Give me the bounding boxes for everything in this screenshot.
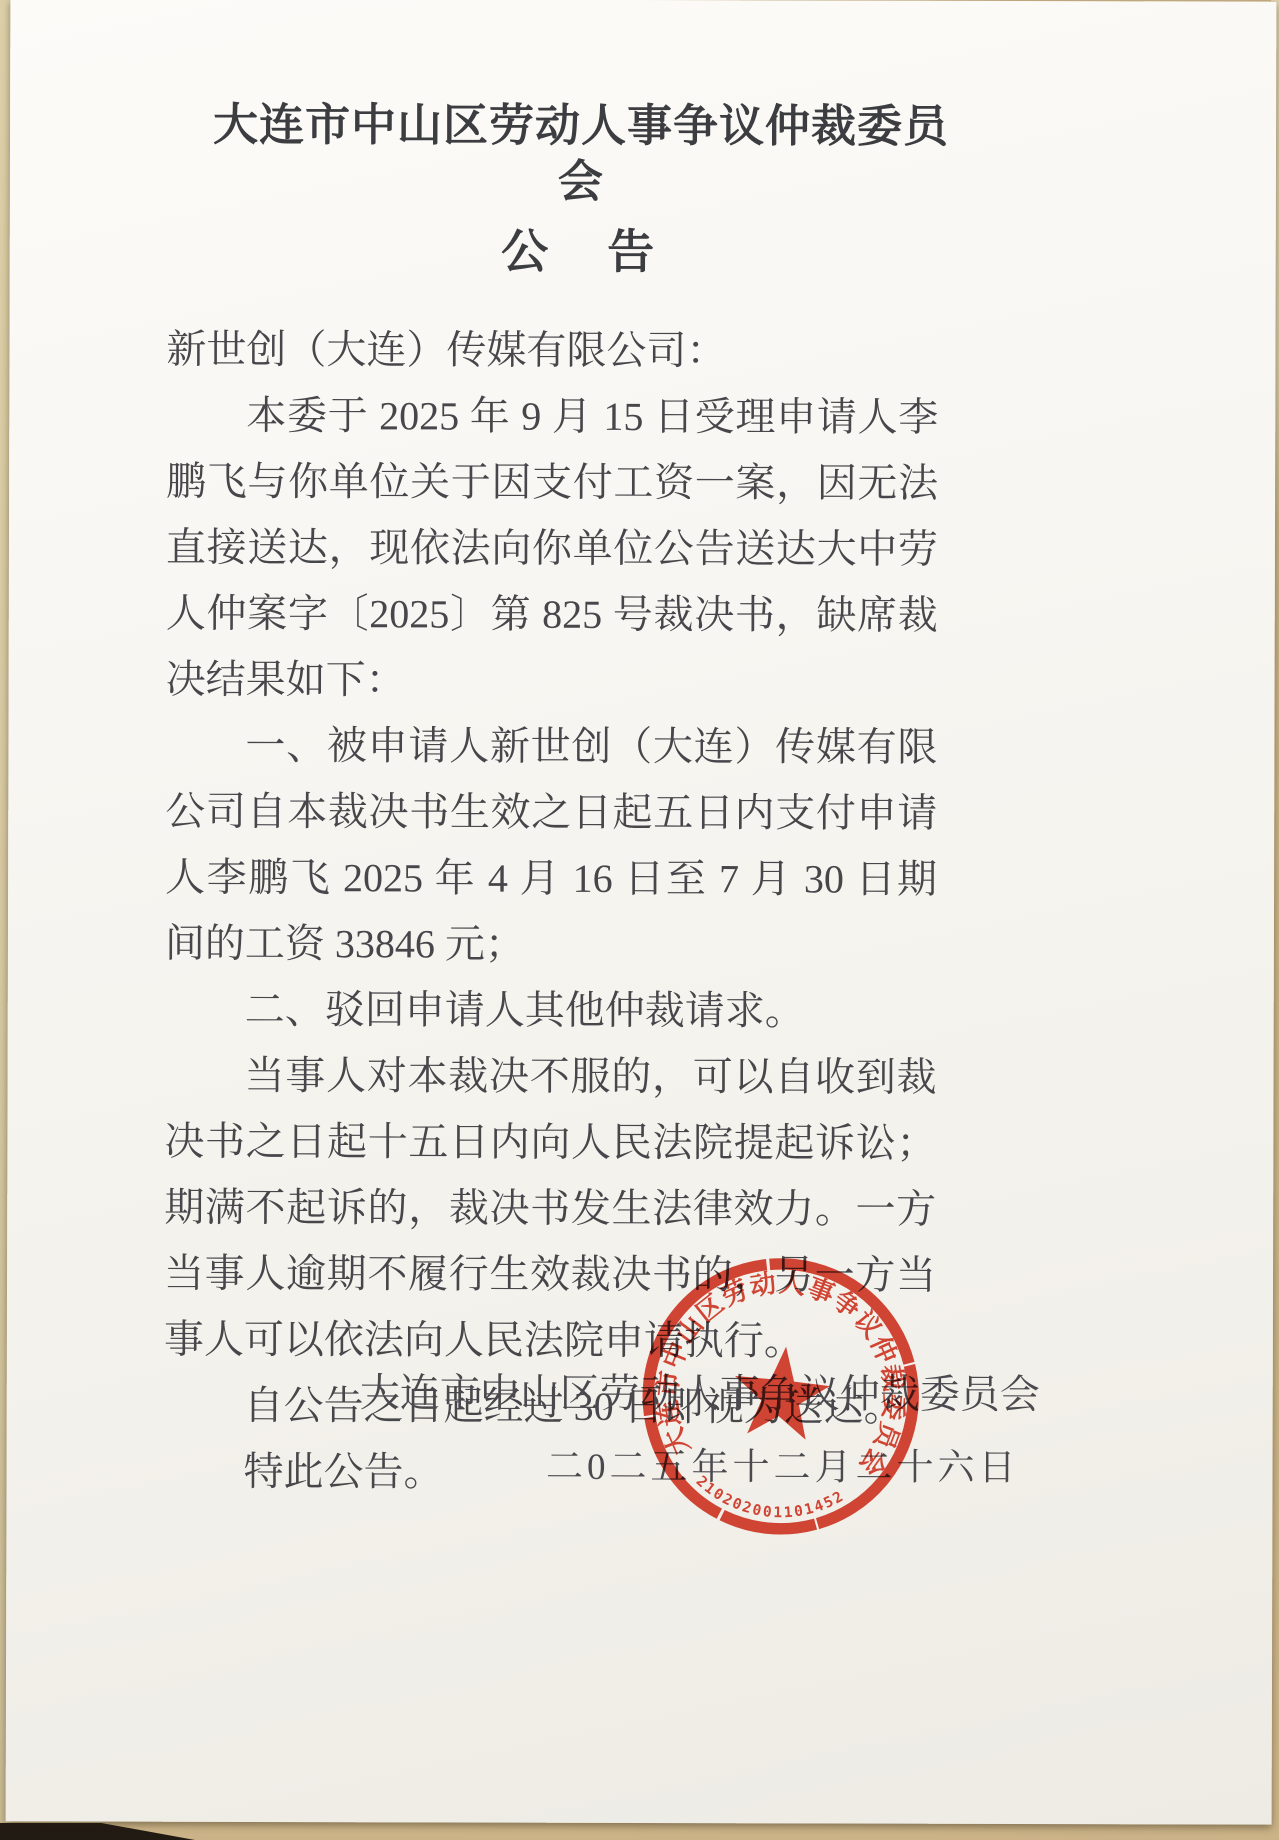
official-seal-graphic: 大连市中山区劳动人事争议仲裁委员会 210202001101452: [620, 1236, 942, 1558]
document-title: 大连市中山区劳动人事争议仲裁委员会: [195, 97, 967, 211]
seal-star-icon: [729, 1341, 833, 1441]
document-subtitle: 公 告: [195, 225, 967, 279]
document-header: 大连市中山区劳动人事争议仲裁委员会 公 告: [195, 97, 967, 279]
ruling-item-1: 一、被申请人新世创（大连）传媒有限公司自本裁决书生效之日起五日内支付申请人李鹏飞…: [165, 713, 938, 979]
paper: 大连市中山区劳动人事争议仲裁委员会 公 告 新世创（大连）传媒有限公司： 本委于…: [6, 0, 1277, 1825]
ruling-item-2: 二、驳回申请人其他仲裁请求。: [165, 977, 937, 1045]
paragraph-intro: 本委于 2025 年 9 月 15 日受理申请人李鹏飞与你单位关于因支付工资一案…: [166, 383, 939, 715]
official-seal: 大连市中山区劳动人事争议仲裁委员会 210202001101452: [620, 1236, 942, 1558]
recipient-line: 新世创（大连）传媒有限公司：: [166, 317, 938, 385]
document-photo: 大连市中山区劳动人事争议仲裁委员会 公 告 新世创（大连）传媒有限公司： 本委于…: [0, 0, 1279, 1840]
